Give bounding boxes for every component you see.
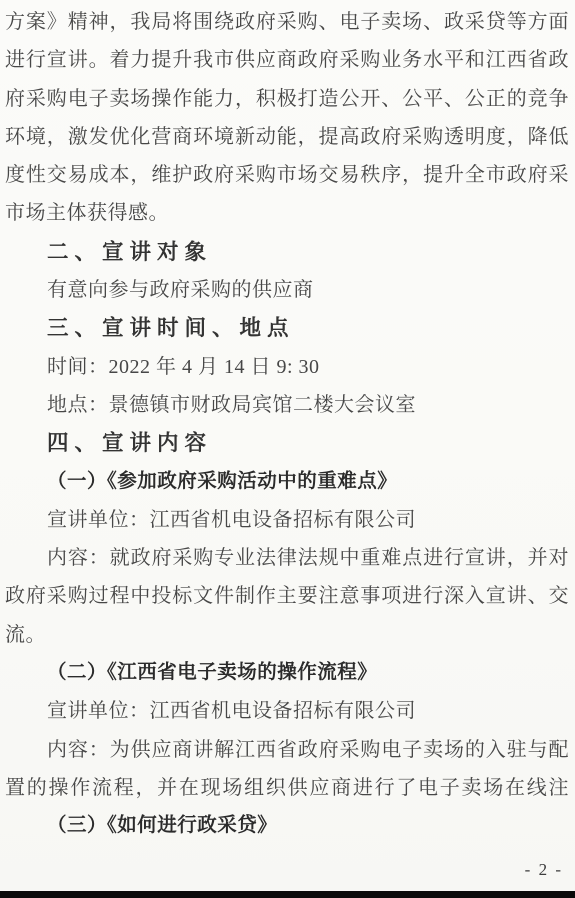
intro-paragraph-line-4: 环境，激发优化营商环境新动能，提高政府采购透明度，降低制 bbox=[5, 118, 569, 156]
page-number: - 2 - bbox=[525, 860, 563, 880]
intro-paragraph-line-5: 度性交易成本，维护政府采购市场交易秩序，提升全市政府采购 bbox=[5, 156, 569, 194]
presenter-unit-line-2: 宣讲单位：江西省机电设备招标有限公司 bbox=[5, 692, 569, 730]
presenter-unit-line-1: 宣讲单位：江西省机电设备招标有限公司 bbox=[5, 501, 569, 539]
subsection-title-2: （二）《江西省电子卖场的操作流程》 bbox=[5, 654, 569, 692]
subsection-title-3: （三）《如何进行政采贷》 bbox=[5, 807, 569, 845]
section-heading-time-place: 三、宣讲时间、地点 bbox=[5, 309, 569, 347]
document-body: 方案》精神，我局将围绕政府采购、电子卖场、政采贷等方面 进行宣讲。着力提升我市供… bbox=[0, 0, 575, 846]
subsection-title-1: （一）《参加政府采购活动中的重难点》 bbox=[5, 463, 569, 501]
section-heading-content: 四、宣讲内容 bbox=[5, 424, 569, 462]
time-line: 时间：2022 年 4 月 14 日 9: 30 bbox=[5, 348, 569, 386]
intro-paragraph-line-6: 市场主体获得感。 bbox=[5, 194, 569, 232]
scan-bottom-edge-bar bbox=[0, 891, 575, 898]
intro-paragraph-line-3: 府采购电子卖场操作能力，积极打造公开、公平、公正的竞争 bbox=[5, 80, 569, 118]
intro-paragraph-line-1: 方案》精神，我局将围绕政府采购、电子卖场、政采贷等方面 bbox=[5, 3, 569, 41]
section-heading-audience: 二、宣讲对象 bbox=[5, 233, 569, 271]
content-1-line-2: 政府采购过程中投标文件制作主要注意事项进行深入宣讲、交 bbox=[5, 577, 569, 615]
content-1-line-1: 内容：就政府采购专业法律法规中重难点进行宣讲，并对 bbox=[5, 539, 569, 577]
content-2-line-1: 内容：为供应商讲解江西省政府采购电子卖场的入驻与配 bbox=[5, 731, 569, 769]
document-page: 方案》精神，我局将围绕政府采购、电子卖场、政采贷等方面 进行宣讲。着力提升我市供… bbox=[0, 0, 575, 898]
audience-line: 有意向参与政府采购的供应商 bbox=[5, 271, 569, 309]
place-line: 地点：景德镇市财政局宾馆二楼大会议室 bbox=[5, 386, 569, 424]
content-2-line-2: 置的操作流程，并在现场组织供应商进行了电子卖场在线注册。 bbox=[5, 769, 569, 807]
intro-paragraph-line-2: 进行宣讲。着力提升我市供应商政府采购业务水平和江西省政 bbox=[5, 41, 569, 79]
content-1-line-3: 流。 bbox=[5, 616, 569, 654]
